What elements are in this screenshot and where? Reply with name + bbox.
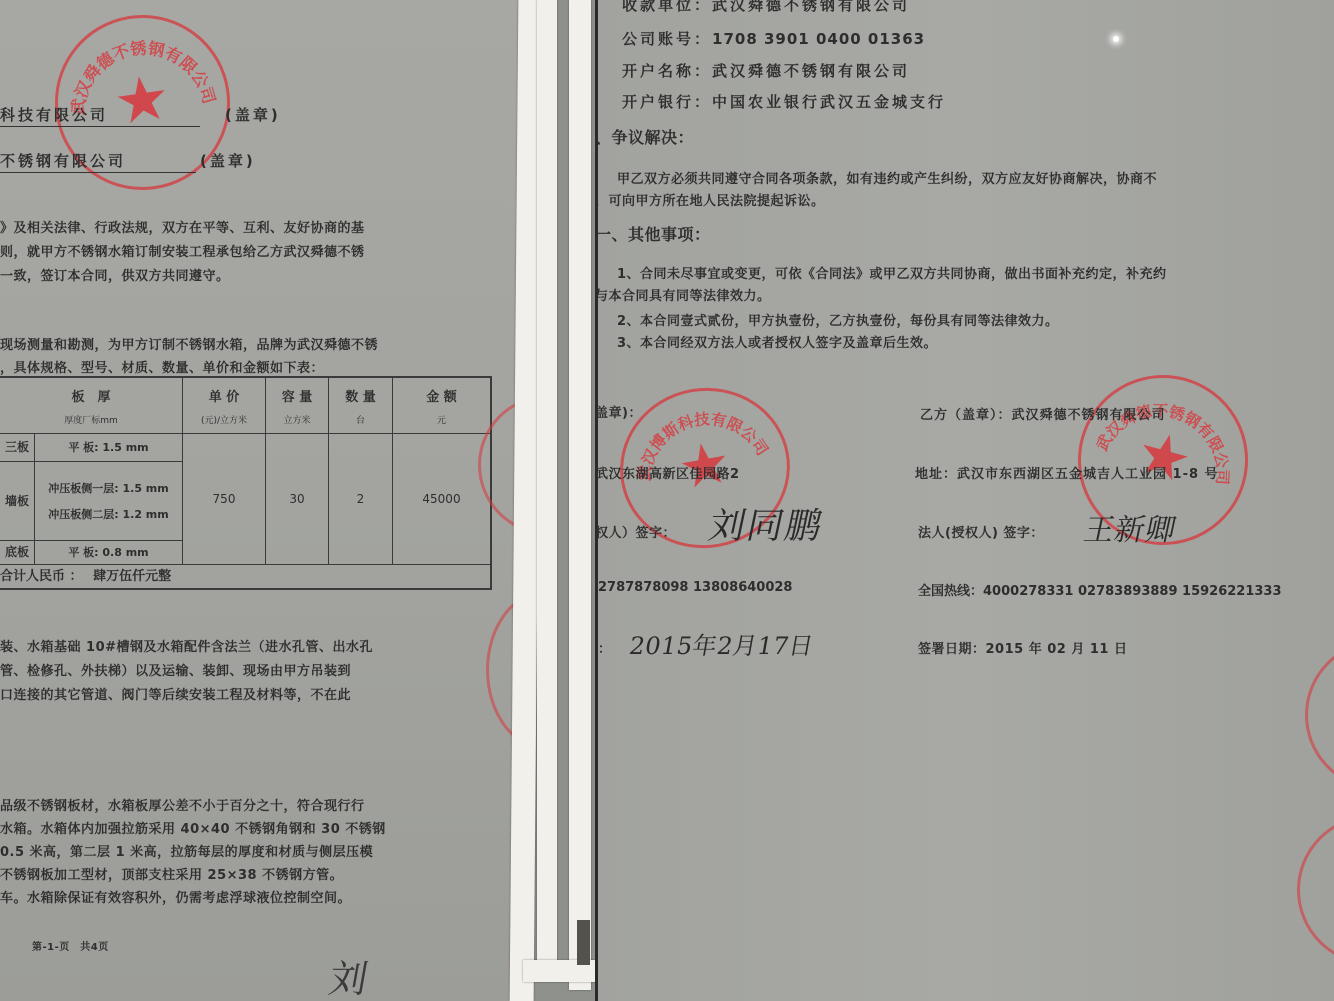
party-b-address: 地址：武汉市东西湖区五金城吉人工业园 1-8 号 [915,463,1219,482]
party-a-seal-note: (盖章) [225,104,281,125]
other-item-3: 3、本合同经双方法人或者授权人签字及盖章后生效。 [617,332,937,351]
other-item-1-cont: 与本合同具有同等法律效力。 [595,285,771,304]
party-a-seal-label: 盖章)： [595,402,642,421]
scope-line-2: ，具体规格、型号、材质、数量、单价和金额如下表： [0,357,324,376]
party-b-company: 不锈钢有限公司 [0,150,126,171]
party-a-date-label: ： [598,638,612,657]
party-a-address: 武汉东湖高新区佳园路2 [595,463,740,482]
party-a-handwritten-date: 2015年2月17日 [627,626,817,661]
contract-page-4: 收款单位：武汉舜德不锈钢有限公司 公司账号：1708 3901 0400 013… [595,0,1334,1001]
amount-value: 45000 [393,434,490,564]
header-quantity: 数 量 台 [329,378,393,434]
party-b-date: 签署日期：2015 年 02 月 11 日 [918,638,1128,657]
spec-price-table: 板 厚 厚度厂标mm 单 价 (元)/立方米 容 量 立方米 数 量 台 金 额… [0,376,492,590]
row-spec-bottom: 平 板: 0.8 mm [35,541,183,564]
intro-line-3: 一致，签订本合同，供双方共同遵守。 [0,265,230,284]
party-b-seal-note: (盖章) [200,150,256,171]
other-item-1: 1、合同未尽事宜或变更，可依《合同法》或甲乙双方共同协商，做出书面补充约定，补充… [617,263,1167,282]
material-line-1: 品级不锈钢板材，水箱板厚公差不小于百分之十，符合现行行 [0,795,365,814]
row-spec-top: 平 板: 1.5 mm [35,434,183,462]
party-a-signature-label: 权人）签字： [595,522,676,541]
material-line-5: 车。水箱除保证有效容积外，仍需考虑浮球液位控制空间。 [0,887,351,906]
inclusion-line-2: 管、检修孔、外扶梯）以及运输、装卸、现场由甲方吊装到 [0,660,351,679]
total-value: 肆万伍仟元整 [93,569,171,584]
paper-strip-3 [569,0,591,990]
row-spec-wall: 冲压板侧一层: 1.5 mm 冲压板侧二层: 1.2 mm [35,462,183,541]
intro-line-1: 》及相关法律、行政法规，双方在平等、互利、友好协商的基 [0,217,365,236]
unit-price-value: 750 [183,434,266,564]
party-b-seal-label: 乙方（盖章）：武汉舜德不锈钢有限公司 [920,404,1166,423]
total-row: 合计人民币 ： 肆万伍仟元整 [0,564,490,589]
other-heading: 一、其他事项： [595,222,711,245]
dispute-line-1: 甲乙双方必须共同遵守合同各项条款，如有违约或产生纠纷，双方应友好协商解决，协商不 [617,168,1157,187]
party-a-company: 科技有限公司 [0,104,108,125]
material-line-2: 水箱。水箱体内加强拉筋采用 40×40 不锈钢角钢和 30 不锈钢 [0,818,386,837]
total-label: 合计人民币 ： [0,569,83,584]
other-item-2: 2、本合同壹式贰份，甲方执壹份，乙方执壹份，每份具有同等法律效力。 [617,310,1059,329]
bank-info-payee: 收款单位：武汉舜德不锈钢有限公司 [622,0,910,15]
header-amount: 金 额 元 [393,378,490,434]
party-a-signature: 刘同鹏 [705,498,830,549]
initial-signature: 刘 [325,948,373,1001]
seal-star-icon: ★ [110,65,174,134]
inclusion-line-1: 装、水箱基础 10#槽钢及水箱配件含法兰（进水孔管、出水孔 [0,636,373,655]
bank-info-account: 公司账号：1708 3901 0400 01363 [622,28,925,49]
bank-info-account-name: 开户名称：武汉舜德不锈钢有限公司 [622,60,910,81]
header-capacity: 容 量 立方米 [266,378,329,434]
row-part-bottom: 底板 [0,541,35,564]
party-b-signature: 王新卿 [1080,505,1181,549]
header-unit-price: 单 价 (元)/立方米 [183,378,266,434]
header-thickness: 板 厚 厚度厂标mm [0,378,183,434]
row-part-top: 三板 [0,434,35,462]
quantity-value: 2 [329,434,393,564]
row-part-wall: 墙板 [0,462,35,541]
light-glare [1113,36,1119,42]
dispute-line-2: ，可向甲方所在地人民法院提起诉讼。 [595,190,825,209]
scope-line-1: 现场测量和勘测，为甲方订制不锈钢水箱，品牌为武汉舜德不锈 [0,334,378,353]
page-footer: 第-1-页 共4页 [32,938,109,953]
dispute-heading: 、争议解决： [595,125,694,148]
contract-page-1: 武汉舜德不锈钢有限公司 ★ 科技有限公司 (盖章) 不锈钢有限公司 (盖章) 》… [0,0,520,1001]
party-a-phone: 2787878098 13808640028 [598,580,792,595]
party-b-signature-label: 法人(授权人) 签字： [918,522,1044,541]
material-line-3: 0.5 米高，第二层 1 米高，拉筋每层的厚度和材质与侧层压模 [0,841,373,860]
paper-strip-2 [537,0,557,965]
inclusion-line-3: 口连接的其它管道、阀门等后续安装工程及材料等，不在此 [0,684,351,703]
party-b-hotline: 全国热线：4000278331 02783893889 15926221333 [918,580,1282,599]
page-edge [595,0,598,1001]
intro-line-2: 则，就甲方不锈钢水箱订制安装工程承包给乙方武汉舜德不锈 [0,241,365,260]
capacity-value: 30 [266,434,329,564]
shadow-patch [577,920,590,965]
bank-info-bank: 开户银行：中国农业银行武汉五金城支行 [622,91,946,112]
material-line-4: 不锈钢板加工型材，顶部支柱采用 25×38 不锈钢方管。 [0,864,343,883]
edge-seal-upper [1305,640,1334,790]
edge-seal-lower [1297,815,1334,965]
